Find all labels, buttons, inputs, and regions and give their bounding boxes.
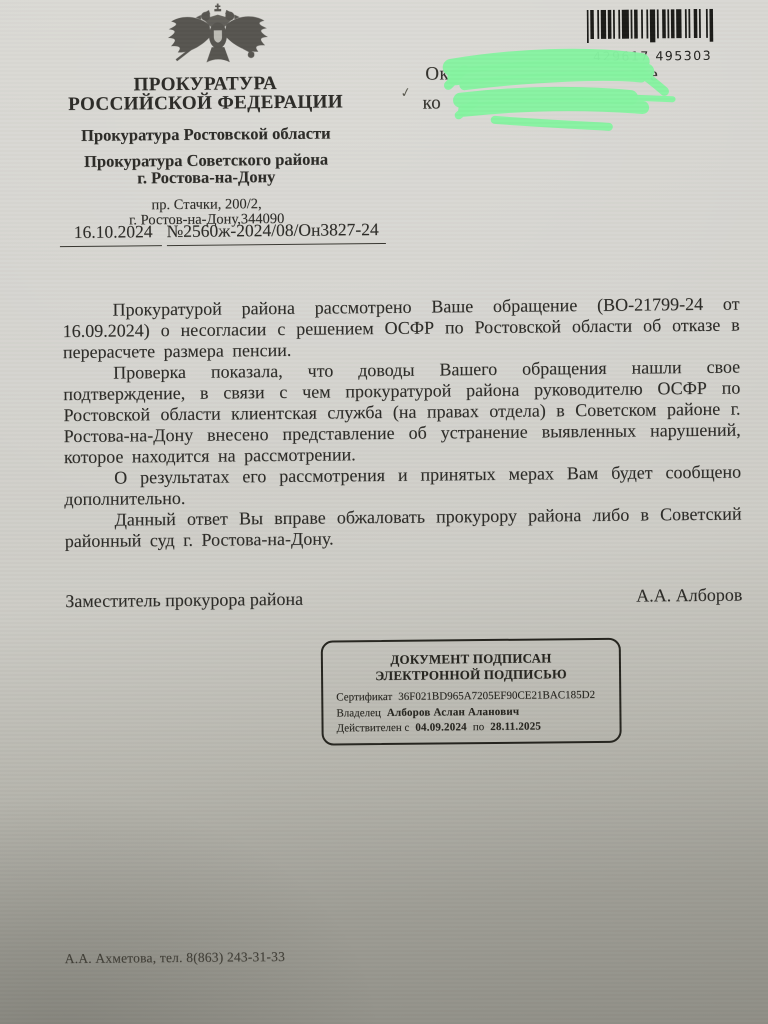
stamp-title-line2: ЭЛЕКТРОННОЙ ПОДПИСЬЮ <box>323 665 619 683</box>
validity-from: 04.09.2024 <box>415 721 467 733</box>
certificate-label: Сертификат <box>336 691 392 704</box>
letter-body: Прокуратурой района рассмотрено Ваше обр… <box>62 294 741 552</box>
handwritten-checkmark: ✓ <box>399 84 413 102</box>
recipient-fragment: е <box>649 64 658 86</box>
signer-title: Заместитель прокурора района <box>65 589 303 612</box>
certificate-value: 36F021BD965A7205EF90CE21BAC185D2 <box>398 689 595 703</box>
russia-coat-of-arms-icon <box>159 3 278 70</box>
org-name-line2: РОССИЙСКОЙ ФЕДЕРАЦИИ <box>24 92 386 114</box>
district-office-line2: г. Ростова-на-Дону <box>25 167 387 187</box>
electronic-signature-stamp: ДОКУМЕНТ ПОДПИСАН ЭЛЕКТРОННОЙ ПОДПИСЬЮ С… <box>321 638 622 746</box>
validity-prefix: Действителен с <box>337 722 410 735</box>
body-paragraph: Прокуратурой района рассмотрено Ваше обр… <box>62 294 740 363</box>
barcode-digits-left: 429617 <box>593 48 650 64</box>
barcode-digits-right: 495303 <box>655 48 712 64</box>
signature-row: Заместитель прокурора района А.А. Алборо… <box>65 585 742 612</box>
signer-name: А.А. Алборов <box>636 585 742 607</box>
reference-line: 16.10.2024№2560ж-2024/08/Он3827-24 <box>60 219 390 247</box>
recipient-fragment: ко <box>422 92 441 114</box>
body-paragraph: Данный ответ Вы вправе обжаловать прокур… <box>64 504 741 552</box>
region-office: Прокуратура Ростовской области <box>25 124 387 144</box>
executor-contact: А.А. Ахметова, тел. 8(863) 243-31-33 <box>65 949 285 967</box>
letter-number: №2560ж-2024/08/Он3827-24 <box>166 219 385 246</box>
letter-date: 16.10.2024 <box>60 221 162 247</box>
owner-label: Владелец <box>336 707 381 719</box>
letterhead: ПРОКУРАТУРА РОССИЙСКОЙ ФЕДЕРАЦИИ Прокура… <box>24 0 388 229</box>
stamp-validity-line: Действителен с04.09.2024по28.11.2025 <box>337 719 620 737</box>
owner-name: Алборов Аслан Аланович <box>387 705 519 718</box>
stamp-certificate-line: Сертификат36F021BD965A7205EF90CE21BAC185… <box>336 688 619 706</box>
body-paragraph: Проверка показала, что доводы Вашего обр… <box>63 357 741 468</box>
validity-mid: по <box>473 721 485 733</box>
barcode-bars <box>587 9 715 43</box>
barcode: 429617 495303 <box>587 9 716 64</box>
recipient-fragment: Ок <box>425 63 449 85</box>
document-photo: ПРОКУРАТУРА РОССИЙСКОЙ ФЕДЕРАЦИИ Прокура… <box>0 0 768 1024</box>
validity-to: 28.11.2025 <box>490 721 541 733</box>
body-paragraph: О результатах его рассмотрения и приняты… <box>64 462 741 510</box>
